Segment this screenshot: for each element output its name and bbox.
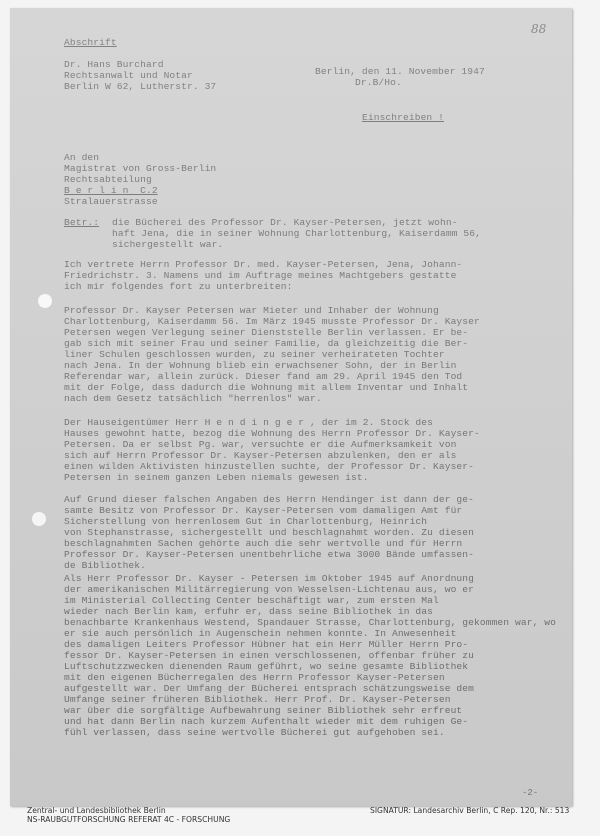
body-line: ich mir folgendes fort zu unterbreiten: [64, 282, 292, 293]
sender-line: Dr. Hans Burchard [64, 60, 164, 71]
document-heading: Abschrift [64, 38, 117, 49]
body-line: Luftschutzzwecken dienenden Raum geführt… [64, 662, 468, 673]
body-line: und hat dann Berlin nach kurzem Aufentha… [64, 717, 468, 728]
recipient-line: Magistrat von Gross-Berlin [64, 164, 216, 175]
handwritten-folio-number: 88 [531, 22, 546, 36]
body-line: des damaligen Leiters Professor Hübner h… [64, 640, 468, 651]
subject-line: haft Jena, die in seiner Wohnung Charlot… [112, 229, 481, 240]
subject-line: die Bücherei des Professor Dr. Kayser-Pe… [112, 218, 458, 229]
footer-archive-source: Zentral- und Landesbibliothek Berlin NS-… [27, 806, 230, 824]
body-line: de Bibliothek. [64, 561, 146, 572]
body-line: Auf Grund dieser falschen Angaben des He… [64, 495, 474, 506]
body-line: Referendar war, allein zurück. Dieser fa… [64, 372, 462, 383]
body-line: der amerikanischen Militärregierung von … [64, 585, 474, 596]
body-line: Umfange seiner früheren Bibliothek. Herr… [64, 695, 451, 706]
sender-line: Rechtsanwalt und Notar [64, 71, 193, 82]
body-line: aufgestellt war. Der Umfang der Bücherei… [64, 684, 474, 695]
document-page: 88 Abschrift Dr. Hans Burchard Rechtsanw… [10, 8, 572, 806]
reference-code: Dr.B/Ho. [355, 78, 402, 89]
body-line: Petersen in seinem ganzen Leben niemals … [64, 473, 369, 484]
body-line: im Ministerial Collecting Center beschäf… [64, 596, 439, 607]
body-line: Als Herr Professor Dr. Kayser - Petersen… [64, 574, 474, 585]
recipient-line: Rechtsabteilung [64, 175, 152, 186]
subject-label: Betr.: [64, 218, 99, 229]
recipient-line: B e r l i n C.2 [64, 186, 158, 197]
body-line: Ich vertrete Herrn Professor Dr. med. Ka… [64, 260, 462, 271]
body-line: er sie auch persönlich in Augenschein ne… [64, 629, 456, 640]
body-line: fühl verlassen, dass seine wertvolle Büc… [64, 728, 445, 739]
body-line: Professor Dr. Kayser Petersen war Mieter… [64, 306, 439, 317]
recipient-line: Stralauerstrasse [64, 197, 158, 208]
subject-line: sichergestellt war. [112, 240, 223, 251]
body-line: liner Schulen geschlossen wurden, zu sei… [64, 350, 445, 361]
body-line: war über die sorgfältige Aufbewahrung se… [64, 706, 462, 717]
body-line: benachbarte Krankenhaus Westend, Spandau… [64, 618, 556, 629]
body-line: Friedrichstr. 3. Namens und im Auftrage … [64, 271, 456, 282]
footer-library: Zentral- und Landesbibliothek Berlin [27, 806, 166, 815]
body-line: Charlottenburg, Kaiserdamm 56. Im März 1… [64, 317, 480, 328]
body-line: Sicherstellung von herrenlosem Gut in Ch… [64, 517, 427, 528]
footer-signature: SIGNATUR: Landesarchiv Berlin, C Rep. 12… [370, 806, 569, 815]
body-line: Hauses gewohnt hatte, bezog die Wohnung … [64, 429, 480, 440]
body-line: sich auf Herrn Professor Dr. Kayser-Pete… [64, 451, 456, 462]
body-line: wieder nach Berlin kam, erfuhr er, dass … [64, 607, 433, 618]
body-line: gab sich mit seiner Frau und seiner Fami… [64, 339, 468, 350]
body-line: nach dem Gesetz tatsächlich "herrenlos" … [64, 394, 322, 405]
body-line: nach Jena. In der Wohnung blieb ein erwa… [64, 361, 456, 372]
delivery-note: Einschreiben ! [362, 113, 444, 124]
recipient-line: An den [64, 153, 99, 164]
page-number: -2- [522, 788, 538, 798]
body-line: Petersen. Da er selbst Pg. war, versucht… [64, 440, 456, 451]
body-line: mit der Folge, dass dadurch die Wohnung … [64, 383, 468, 394]
footer-department: NS-RAUBGUTFORSCHUNG REFERAT 4C - FORSCHU… [27, 815, 230, 824]
punch-hole [32, 512, 46, 526]
body-line: einen wilden Aktivisten hinzustellen suc… [64, 462, 474, 473]
body-line: samte Besitz von Professor Dr. Kayser-Pe… [64, 506, 462, 517]
body-line: fessor Dr. Kayser-Petersen in einen vers… [64, 651, 474, 662]
body-line: von Stephanstrasse, sichergestellt und b… [64, 528, 474, 539]
body-line: Der Hauseigentümer Herr H e n d i n g e … [64, 418, 433, 429]
body-line: Professor Dr. Kayser-Petersen unentbehrl… [64, 550, 474, 561]
place-date: Berlin, den 11. November 1947 [315, 67, 485, 78]
punch-hole [38, 294, 52, 308]
sender-line: Berlin W 62, Lutherstr. 37 [64, 82, 216, 93]
body-line: mit den eigenen Bücherregalen des Herrn … [64, 673, 445, 684]
body-line: Petersen wegen Verlegung seiner Dienstst… [64, 328, 468, 339]
body-line: beschlagnahmten Sachen gehörte auch die … [64, 539, 462, 550]
